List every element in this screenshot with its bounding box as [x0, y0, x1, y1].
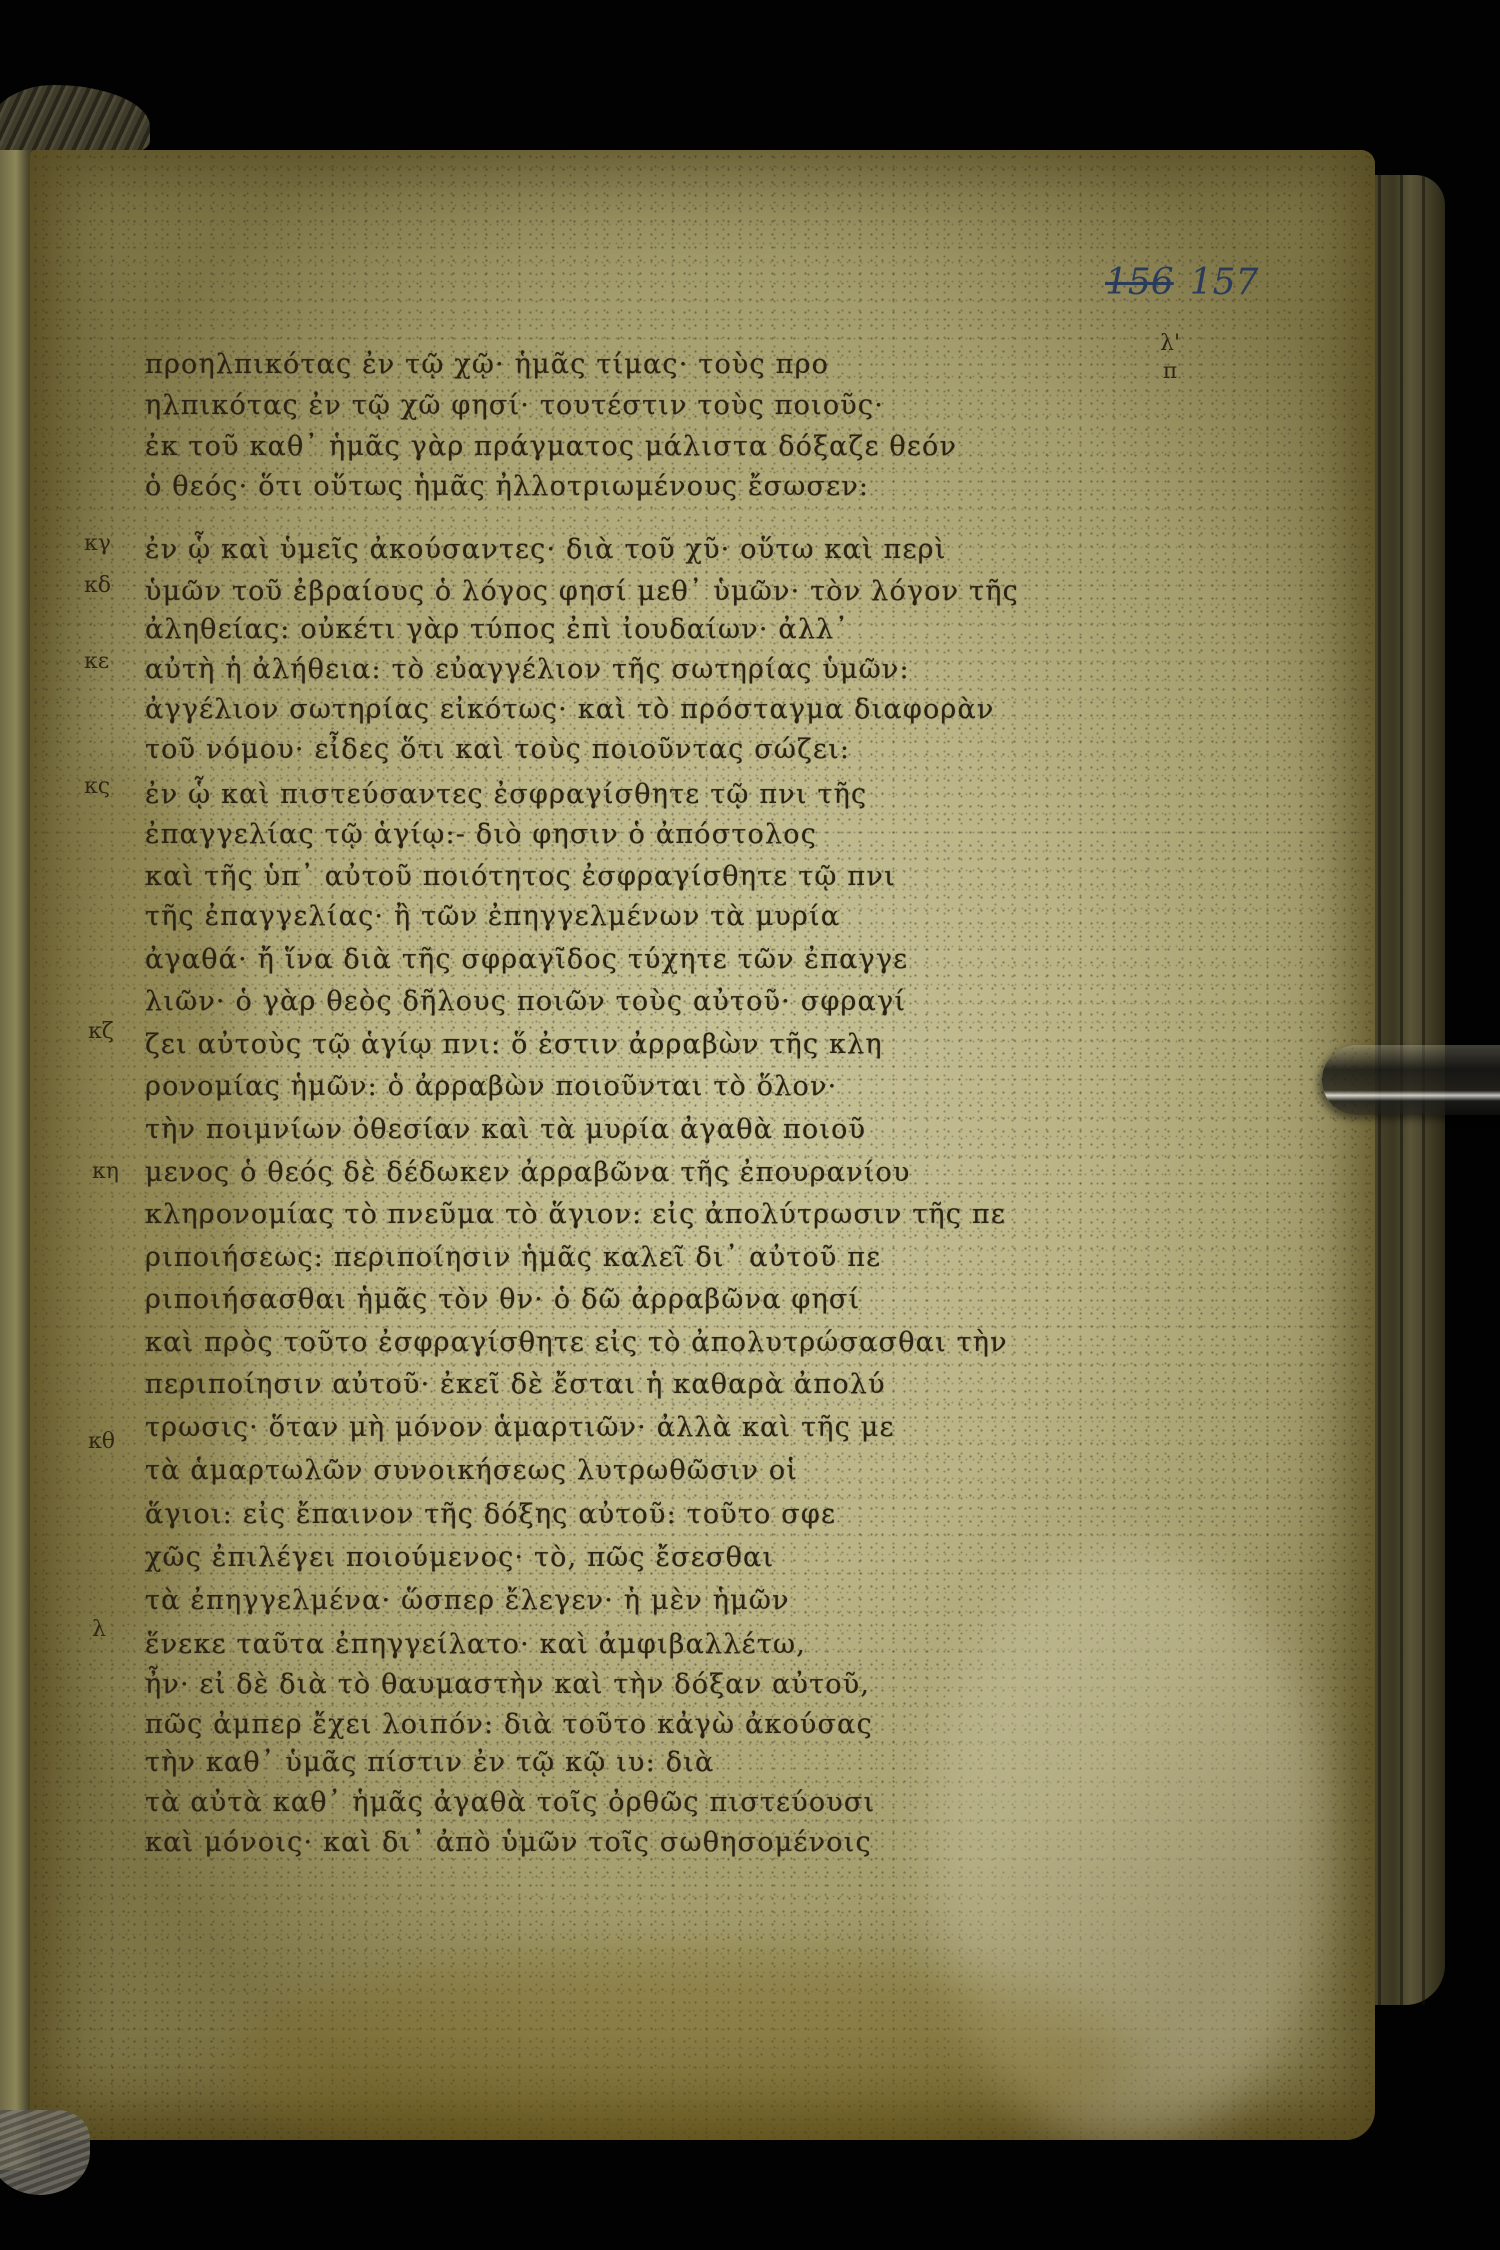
text-line: τὴν ποιμνίων ὀθεσίαν καὶ τὰ μυρία ἀγαθὰ … — [145, 1110, 1050, 1150]
text-line: πῶς ἀμπερ ἔχει λοιπόν: διὰ τοῦτο κἀγὼ ἀκ… — [145, 1705, 1050, 1745]
margin-numeral: κη — [92, 1160, 119, 1184]
margin-numeral: κγ — [84, 532, 111, 556]
margin-numeral: κς — [84, 775, 110, 799]
text-line: ἦν· εἰ δὲ διὰ τὸ θαυμαστὴν καὶ τὴν δόξαν… — [145, 1665, 1050, 1705]
text-line: ριποιήσασθαι ἡμᾶς τὸν θν· ὁ δῶ ἀρραβῶνα … — [145, 1280, 1050, 1320]
text-line: ἐκ τοῦ καθ᾽ ἡμᾶς γὰρ πράγματος μάλιστα δ… — [145, 427, 1050, 467]
text-line: μενος ὁ θεός δὲ δέδωκεν ἀρραβῶνα τῆς ἐπο… — [145, 1153, 1050, 1193]
text-line: τὴν καθ᾽ ὑμᾶς πίστιν ἐν τῷ κῷ ιυ: διὰ — [145, 1743, 1050, 1783]
text-line: ἕνεκε ταῦτα ἐπηγγείλατο· καὶ ἀμφιβαλλέτω… — [145, 1625, 1050, 1665]
manuscript-photograph: 156157 λ' π προηλπικότας ἐν τῷ χῷ· ἡμᾶς … — [0, 0, 1500, 2250]
text-line: καὶ πρὸς τοῦτο ἐσφραγίσθητε εἰς τὸ ἀπολυ… — [145, 1323, 1050, 1363]
text-line: τὰ αὐτὰ καθ᾽ ἡμᾶς ἀγαθὰ τοῖς ὀρθῶς πιστε… — [145, 1783, 1050, 1823]
text-line: ἀληθείας: οὐκέτι γὰρ τύπος ἐπὶ ἰουδαίων·… — [145, 610, 1050, 650]
text-line: προηλπικότας ἐν τῷ χῷ· ἡμᾶς τίμας· τοὺς … — [145, 345, 1050, 385]
text-line: ηλπικότας ἐν τῷ χῶ φησί· τουτέστιν τοὺς … — [145, 386, 1050, 426]
folio-number-current: 157 — [1190, 262, 1259, 303]
text-line: ὁ θεός· ὅτι οὕτως ἡμᾶς ἠλλοτριωμένους ἔσ… — [145, 467, 1050, 507]
text-line: κληρονομίας τὸ πνεῦμα τὸ ἅγιον: εἰς ἀπολ… — [145, 1195, 1050, 1235]
text-line: ριποιήσεως: περιποίησιν ἡμᾶς καλεῖ δι᾽ α… — [145, 1238, 1050, 1278]
text-line: τρωσις· ὅταν μὴ μόνον ἁμαρτιῶν· ἀλλὰ καὶ… — [145, 1408, 1050, 1448]
text-line: λιῶν· ὁ γὰρ θεὸς δῆλους ποιῶν τοὺς αὐτοῦ… — [145, 982, 1050, 1022]
text-line: ρονομίας ἡμῶν: ὁ ἀρραβὼν ποιοῦνται τὸ ὅλ… — [145, 1067, 1050, 1107]
text-line: ἀγαθά· ἤ ἵνα διὰ τῆς σφραγῖδος τύχητε τῶ… — [145, 940, 1050, 980]
text-line: ἀγγέλιον σωτηρίας εἰκότως· καὶ τὸ πρόστα… — [145, 690, 1050, 730]
text-line: ὑμῶν τοῦ ἐβραίους ὁ λόγος φησί μεθ᾽ ὑμῶν… — [145, 572, 1050, 612]
text-line: ἐπαγγελίας τῷ ἁγίῳ:- διὸ φησιν ὁ ἀπόστολ… — [145, 815, 1050, 855]
folio-number: 156157 — [1105, 262, 1258, 303]
text-line: τοῦ νόμου· εἶδες ὅτι καὶ τοὺς ποιοῦντας … — [145, 730, 1050, 770]
margin-numeral: λ — [92, 1618, 106, 1642]
text-line: καὶ μόνοις· καὶ δι᾽ ἀπὸ ὑμῶν τοῖς σωθησο… — [145, 1823, 1050, 1863]
quire-mark-lambda: λ' — [1160, 330, 1180, 358]
margin-numeral: κθ — [88, 1430, 115, 1454]
page-weight-rod — [1322, 1045, 1500, 1115]
binding-headband-top — [0, 85, 150, 155]
text-line: χῶς ἐπιλέγει ποιούμενος· τὸ, πῶς ἔσεσθαι — [145, 1538, 1050, 1578]
text-line: ἐν ᾧ καὶ ὑμεῖς ἀκούσαντες· διὰ τοῦ χῦ· ο… — [145, 530, 1050, 570]
margin-numeral: κδ — [84, 574, 111, 598]
text-line: περιποίησιν αὐτοῦ· ἐκεῖ δὲ ἔσται ἡ καθαρ… — [145, 1365, 1050, 1405]
text-line: ἅγιοι: εἰς ἔπαινον τῆς δόξης αὐτοῦ: τοῦτ… — [145, 1495, 1050, 1535]
quire-signature: λ' π — [1160, 330, 1180, 385]
text-line: ἐν ᾧ καὶ πιστεύσαντες ἐσφραγίσθητε τῷ πν… — [145, 775, 1050, 815]
text-line: τὰ ἁμαρτωλῶν συνοικήσεως λυτρωθῶσιν οἱ — [145, 1451, 1050, 1491]
text-line: τὰ ἐπηγγελμένα· ὥσπερ ἔλεγεν· ἡ μὲν ἡμῶν — [145, 1581, 1050, 1621]
binding-headband-bottom — [0, 2110, 90, 2195]
margin-numeral: κε — [84, 650, 109, 674]
text-line: τῆς ἐπαγγελίας· ἢ τῶν ἐπηγγελμένων τὰ μυ… — [145, 897, 1050, 937]
text-line: ζει αὐτοὺς τῷ ἁγίῳ πνι: ὅ ἐστιν ἀρραβὼν … — [145, 1025, 1050, 1065]
text-line: καὶ τῆς ὑπ᾽ αὐτοῦ ποιότητος ἐσφραγίσθητε… — [145, 857, 1050, 897]
folio-number-struck: 156 — [1105, 262, 1174, 303]
margin-numeral: κζ — [88, 1020, 114, 1044]
text-line: αὐτὴ ἡ ἀλήθεια: τὸ εὐαγγέλιον τῆς σωτηρί… — [145, 650, 1050, 690]
quire-mark-pi: π — [1160, 358, 1180, 386]
